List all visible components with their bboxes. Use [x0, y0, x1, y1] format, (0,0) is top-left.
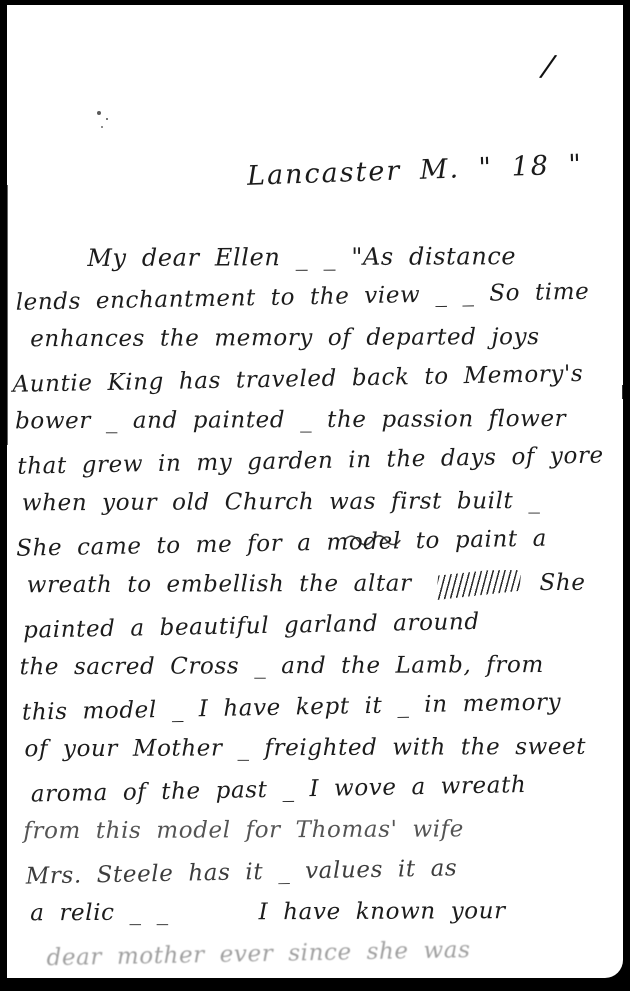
letter-line-with-scribble: wreath to embellish the altar She [13, 570, 619, 614]
letter-line: She came to me for a model to paint a [12, 524, 619, 577]
letter-line-text: I have known your [259, 898, 506, 940]
letter-line-text: wreath to embellish the altar [27, 571, 412, 599]
letter-line-split: a relic _ _ I have known your [16, 898, 622, 942]
letter-line: lends enchantment to the view _ _ So tim… [9, 278, 616, 331]
letter-line: this model _ I have kept it _ in memory [14, 688, 621, 741]
letter-line: Mrs. Steele has it _ values it as [15, 852, 622, 905]
letter-line: from this model for Thomas' wife [15, 816, 621, 860]
letter-line-text: a relic _ _ [30, 900, 169, 942]
letter-dateline: Lancaster M. " 18 " [247, 149, 584, 192]
ink-smudge-mark [97, 111, 101, 115]
letter-line: enhances the memory of departed joys [10, 324, 616, 368]
letter-line: the sacred Cross _ and the Lamb, from [14, 652, 620, 696]
letter-line: bower _ and painted _ the passion flower [11, 406, 617, 450]
letter-line: aroma of the past _ I wove a wreath [15, 770, 622, 823]
letter-line: painted a beautiful garland around [13, 606, 620, 659]
letter-line: Auntie King has traveled back to Memory'… [10, 360, 617, 413]
page-number-slash-mark: / [541, 48, 556, 84]
letter-line: that grew in my garden in the days of yo… [11, 442, 618, 495]
letter-line: My dear Ellen _ _ "As distance [9, 242, 615, 286]
letter-line-faded: dear mother ever since she was [16, 934, 623, 987]
letter-line-text: She [539, 570, 585, 596]
letter-line: of your Mother _ freighted with the swee… [14, 734, 620, 778]
letter-line: when your old Church was first built _ [12, 488, 618, 532]
scan-border-frame: / Lancaster M. " 18 " My dear Ellen _ _ … [0, 0, 630, 991]
letter-body: My dear Ellen _ _ "As distance lends enc… [9, 240, 623, 984]
scratched-out-word-mark [436, 570, 522, 600]
letter-scan-page: / Lancaster M. " 18 " My dear Ellen _ _ … [7, 5, 623, 978]
